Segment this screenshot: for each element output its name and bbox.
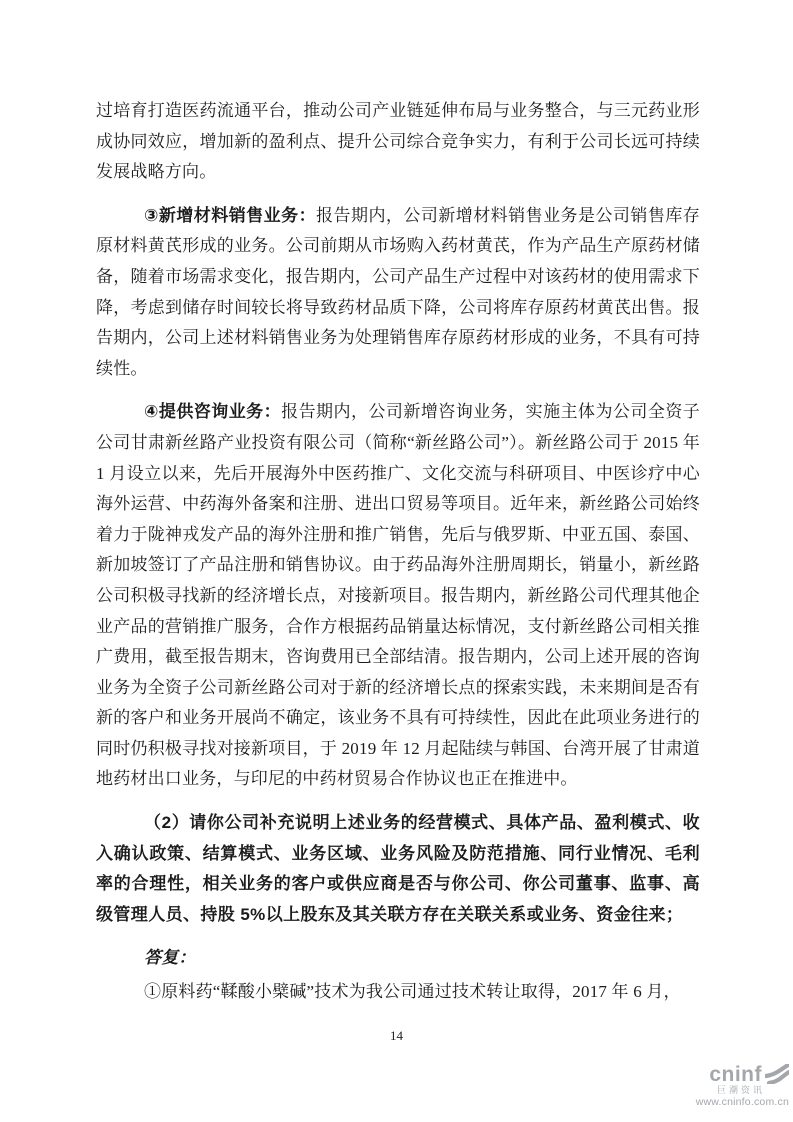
reply-point-1-text: ①原料药“鞣酸小檗碱”技术为我公司通过技术转让取得，2017 年 6 月， [144,982,681,1001]
cninfo-logo-top-row: cninf [669,1064,789,1084]
paragraph-question-2: （2）请你公司补充说明上述业务的经营模式、具体产品、盈利模式、收入确认政策、结算… [96,808,700,930]
page-number: 14 [0,1028,793,1044]
reply-label-text: 答复： [144,948,196,967]
consulting-text: 报告期内，公司新增咨询业务，实施主体为公司全资子公司甘肃新丝路产业投资有限公司（… [96,402,700,788]
paragraph-continuation-text: 过培育打造医药流通平台，推动公司产业链延伸布局与业务整合，与三元药业形成协同效应… [96,101,700,181]
paragraph-continuation: 过培育打造医药流通平台，推动公司产业链延伸布局与业务整合，与三元药业形成协同效应… [96,96,700,188]
cninfo-wordmark: cninf [709,1066,762,1084]
document-body: 过培育打造医药流通平台，推动公司产业链延伸布局与业务整合，与三元药业形成协同效应… [96,96,700,1008]
question-2-text: （2）请你公司补充说明上述业务的经营模式、具体产品、盈利模式、收入确认政策、结算… [96,813,700,924]
paragraph-material-sales-business: ③新增材料销售业务：报告期内，公司新增材料销售业务是公司销售库存原材料黄芪形成的… [96,201,700,385]
consulting-heading: ④提供咨询业务： [144,402,281,421]
reply-label: 答复： [96,943,700,974]
document-page: 过培育打造医药流通平台，推动公司产业链延伸布局与业务整合，与三元药业形成协同效应… [0,0,793,1122]
paragraph-reply-point-1: ①原料药“鞣酸小檗碱”技术为我公司通过技术转让取得，2017 年 6 月， [96,977,700,1008]
material-sales-text: 报告期内，公司新增材料销售业务是公司销售库存原材料黄芪形成的业务。公司前期从市场… [96,206,700,378]
cninfo-logo: cninf 巨潮资讯 www.cninfo.com.cn [669,1064,789,1108]
cninfo-chinese-name: 巨潮资讯 [669,1086,765,1095]
material-sales-heading: ③新增材料销售业务： [144,206,316,225]
paragraph-consulting-business: ④提供咨询业务：报告期内，公司新增咨询业务，实施主体为公司全资子公司甘肃新丝路产… [96,397,700,795]
cninfo-url: www.cninfo.com.cn [669,1097,789,1108]
cninfo-swoosh-icon [765,1064,789,1084]
